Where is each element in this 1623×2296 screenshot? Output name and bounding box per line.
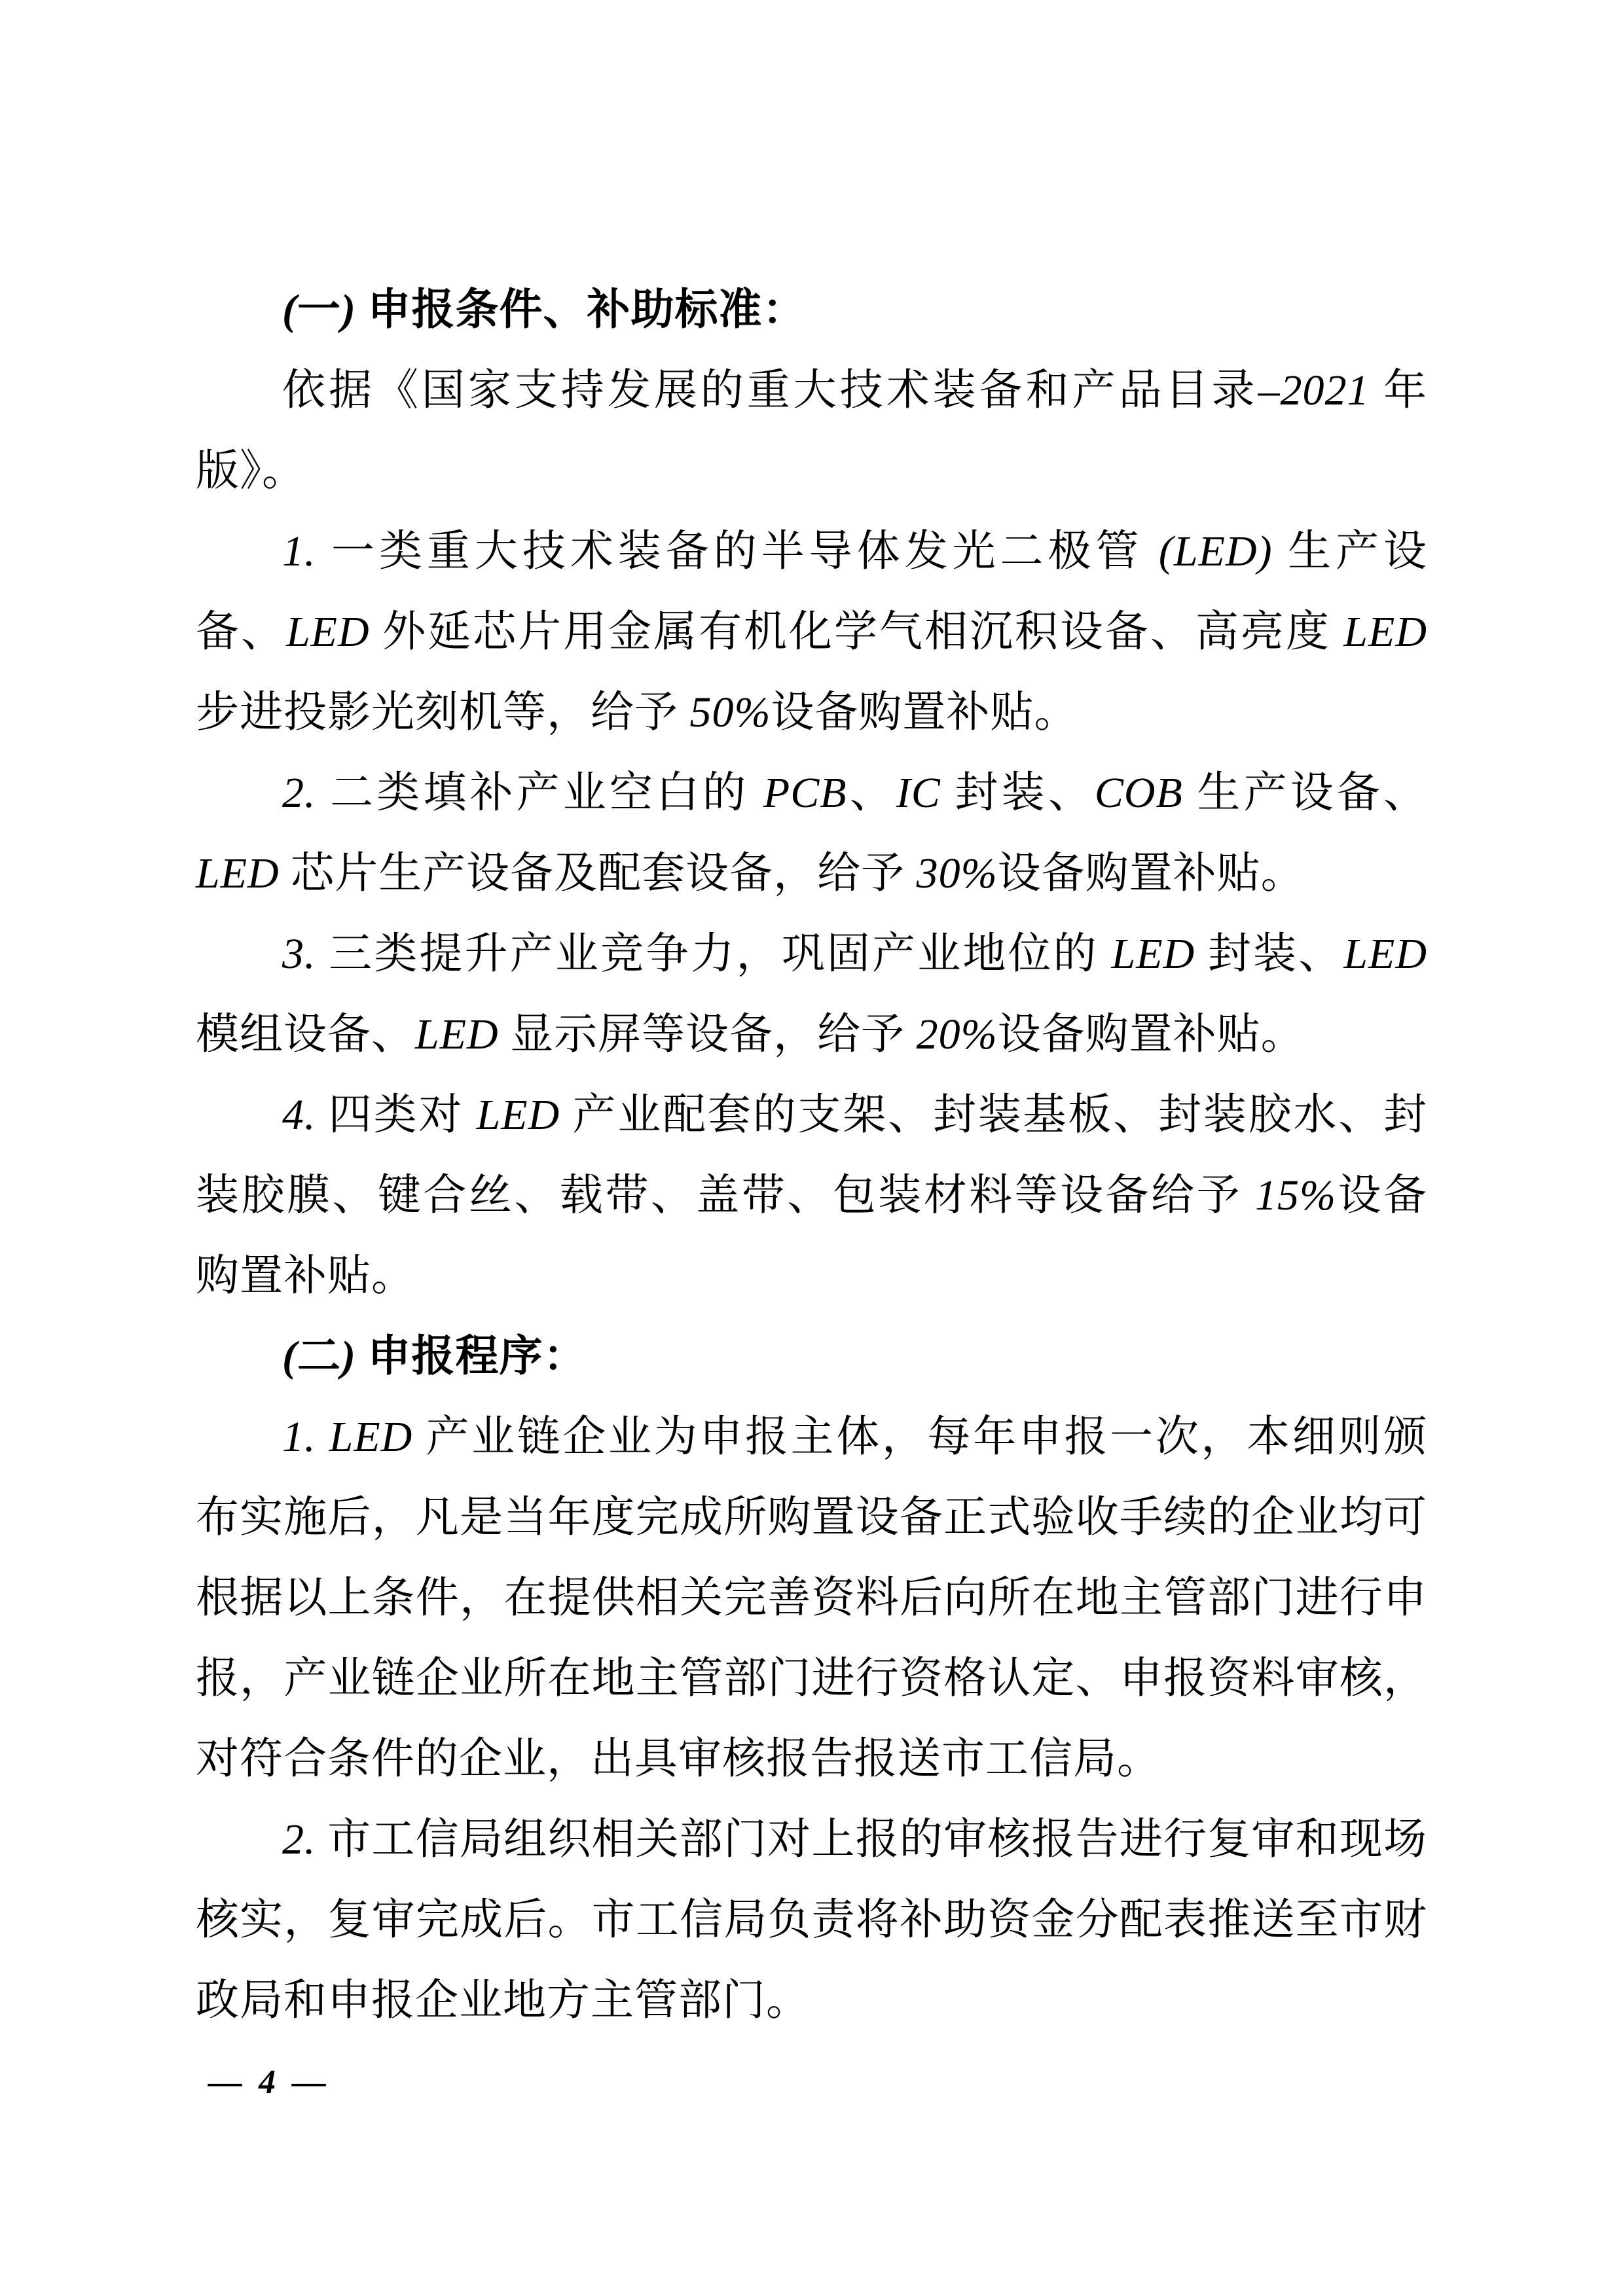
paragraph-procedure-step-2: 2. 市工信局组织相关部门对上报的审核报告进行复审和现场核实，复审完成后。市工信… bbox=[196, 1799, 1427, 2041]
paragraph-category-4-subsidy: 4. 四类对 LED 产业配套的支架、封装基板、封装胶水、封装胶膜、键合丝、载带… bbox=[196, 1075, 1427, 1316]
heading-application-procedure: (二) 申报程序： bbox=[196, 1316, 1427, 1397]
page-number: — 4 — bbox=[208, 2063, 330, 2102]
heading-application-conditions: (一) 申报条件、补助标准： bbox=[196, 270, 1427, 350]
paragraph-basis-catalog: 依据《国家支持发展的重大技术装备和产品目录–2021 年版》。 bbox=[196, 350, 1427, 511]
scanned-document-page: (一) 申报条件、补助标准： 依据《国家支持发展的重大技术装备和产品目录–202… bbox=[0, 0, 1623, 2296]
paragraph-category-1-subsidy: 1. 一类重大技术装备的半导体发光二极管 (LED) 生产设备、LED 外延芯片… bbox=[196, 511, 1427, 753]
paragraph-category-2-subsidy: 2. 二类填补产业空白的 PCB、IC 封装、COB 生产设备、LED 芯片生产… bbox=[196, 753, 1427, 914]
paragraph-procedure-step-1: 1. LED 产业链企业为申报主体，每年申报一次，本细则颁布实施后，凡是当年度完… bbox=[196, 1397, 1427, 1799]
document-text-block: (一) 申报条件、补助标准： 依据《国家支持发展的重大技术装备和产品目录–202… bbox=[196, 270, 1427, 2041]
paragraph-category-3-subsidy: 3. 三类提升产业竞争力，巩固产业地位的 LED 封装、LED 模组设备、LED… bbox=[196, 914, 1427, 1075]
